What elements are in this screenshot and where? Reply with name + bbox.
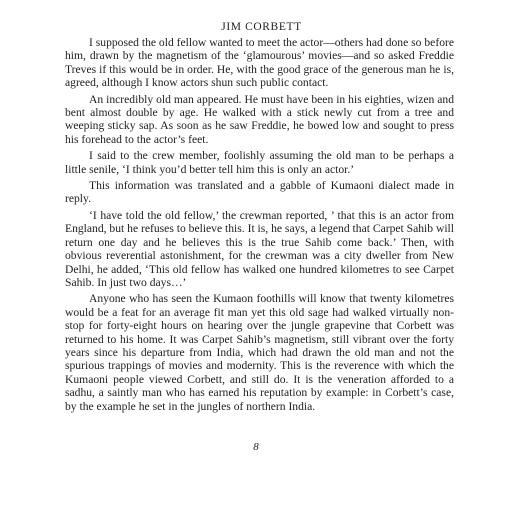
paragraph: ‘I have told the old fellow,’ the crewma… xyxy=(65,209,454,289)
paragraph: This information was translated and a ga… xyxy=(65,179,454,206)
paragraph: I supposed the old fellow wanted to meet… xyxy=(65,36,454,90)
page-number: 8 xyxy=(0,441,512,453)
paragraph: I said to the crew member, foolishly ass… xyxy=(65,149,454,176)
book-page: JIM CORBETT I supposed the old fellow wa… xyxy=(65,18,454,416)
paragraph: Anyone who has seen the Kumaon foothills… xyxy=(65,292,454,413)
running-head: JIM CORBETT xyxy=(69,18,454,36)
paragraph: An incredibly old man appeared. He must … xyxy=(65,93,454,147)
